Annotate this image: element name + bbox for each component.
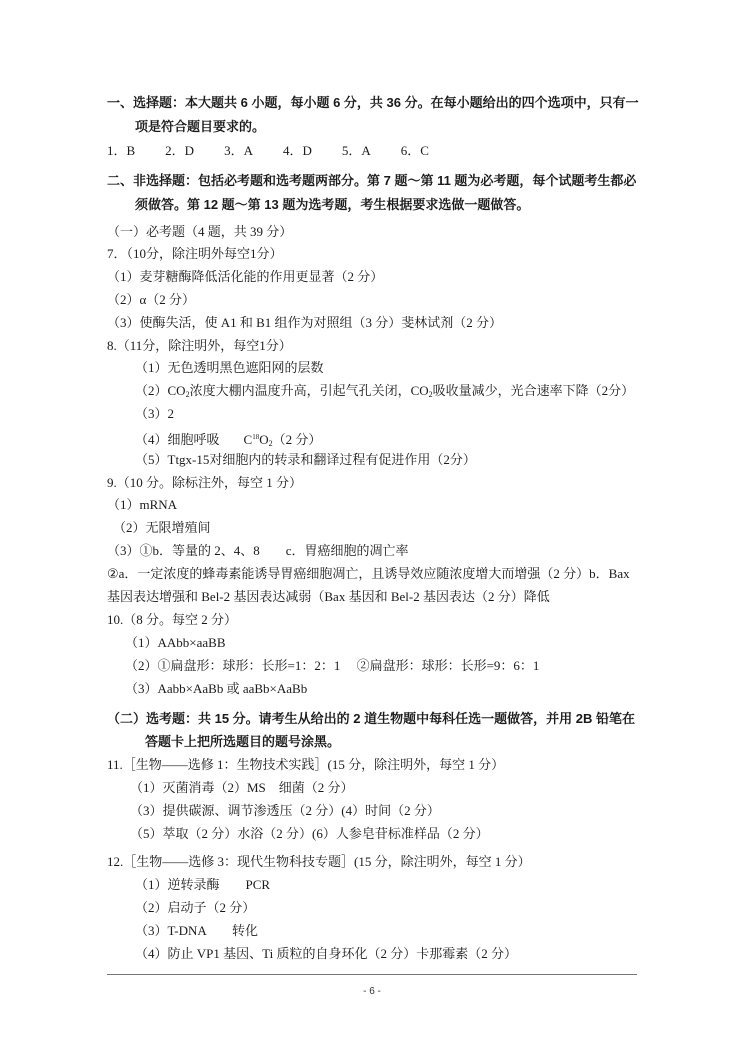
- q8-item-2: （2）CO2浓度大棚内温度升高，引起气孔关闭，CO2吸收量减少，光合速率下降（2…: [135, 382, 634, 404]
- q10-header: 10.（8 分。每空 2 分）: [107, 611, 237, 629]
- choice-answers: 1．B2．D3．A4．D5．A6．C: [107, 142, 459, 160]
- q8-header: 8.（11分，除注明外，每空1分）: [107, 337, 292, 355]
- q8-item-2-part: 浓度大棚内温度升高，引起气孔关闭，CO: [190, 383, 429, 398]
- answer-4: 4．D: [283, 142, 312, 160]
- page-number: - 6 -: [0, 986, 744, 997]
- section1-heading-line2: 项是符合题目要求的。: [135, 118, 265, 136]
- q12-item-1: （1）逆转录酶 PCR: [135, 876, 270, 894]
- q10-item-3: （3）Aabb×AaBb 或 aaBb×AaBb: [125, 680, 307, 698]
- q7-item-3: （3）使酶失活，使 A1 和 B1 组作为对照组（3 分）斐林试剂（2 分）: [107, 314, 502, 332]
- q11-item-3: （5）萃取（2 分）水浴（2 分）(6）人参皂苷标准样品（2 分）: [130, 825, 489, 843]
- q12-item-4: （4）防止 VP1 基因、Ti 质粒的自身环化（2 分）卡那霉素（2 分）: [135, 945, 517, 963]
- q7-header: 7．（10分，除注明外每空1分）: [107, 245, 283, 263]
- required-section-title: （一）必考题（4 题，共 39 分）: [107, 223, 292, 241]
- q10-item-2: （2）①扁盘形：球形：长形=1：2：1 ②扁盘形：球形：长形=9：6：1: [125, 657, 539, 675]
- q8-item-2-part: （2）CO: [135, 383, 186, 398]
- q8-item-3: （3）2: [135, 405, 174, 423]
- q8-item-4-part: （4）细胞呼吸: [135, 432, 220, 447]
- elective-section-title-line2: 答题卡上把所选题目的题号涂黑。: [145, 733, 340, 751]
- section2-heading-line2: 须做答。第 12 题～第 13 题为选考题，考生根据要求选做一题做答。: [135, 196, 529, 214]
- q7-item-2: （2）α（2 分）: [107, 291, 195, 309]
- q8-item-4-part: （2 分）: [273, 432, 322, 447]
- q8-item-4-part: C: [244, 432, 253, 447]
- q9-item-1: （1）mRNA: [107, 496, 177, 514]
- answer-1: 1．B: [107, 142, 135, 160]
- q11-header: 11.［生物——选修 1：生物技术实践］(15 分，除注明外，每空 1 分）: [107, 756, 504, 774]
- q9-item-2: （2）无限增殖间: [113, 519, 211, 537]
- section1-heading-line1: 一、选择题：本大题共 6 小题，每小题 6 分，共 36 分。在每小题给出的四个…: [107, 94, 639, 112]
- elective-section-title-line1: （二）选考题：共 15 分。请考生从给出的 2 道生物题中每科任选一题做答，并用…: [107, 710, 635, 728]
- q12-item-3: （3）T-DNA 转化: [135, 922, 258, 940]
- q8-item-1: （1）无色透明黑色遮阳网的层数: [135, 359, 324, 377]
- q9-item-4: ②a．一定浓度的蜂毒素能诱导胃癌细胞凋亡，且诱导效应随浓度增大而增强（2 分）b…: [107, 565, 630, 583]
- q9-item-3: （3）①b．等量的 2、4、8 c．胃癌细胞的凋亡率: [107, 542, 409, 560]
- q8-item-4-part: O: [259, 432, 268, 447]
- q9-item-5: 基因表达增强和 Bel-2 基因表达减弱（Bax 基因和 Bel-2 基因表达（…: [107, 588, 550, 606]
- q12-item-2: （2）启动子（2 分）: [135, 899, 255, 917]
- q7-item-1: （1）麦芽糖酶降低活化能的作用更显著（2 分）: [107, 268, 383, 286]
- q11-item-1: （1）灭菌消毒（2）MS 细菌（2 分）: [130, 779, 354, 797]
- section2-heading-line1: 二、非选择题：包括必考题和选考题两部分。第 7 题～第 11 题为必考题，每个试…: [107, 172, 636, 190]
- q8-item-4: （4）细胞呼吸C18O2（2 分）: [135, 428, 321, 453]
- q8-item-5: （5）Ttgx-15对细胞内的转录和翻译过程有促进作用（2分）: [135, 451, 476, 469]
- answer-6: 6．C: [401, 142, 429, 160]
- q10-item-1: （1）AAbb×aaBB: [125, 634, 226, 652]
- answer-3: 3．A: [224, 142, 253, 160]
- q8-item-2-part: 吸收量减少，光合速率下降（2分）: [433, 383, 635, 398]
- footer-divider: [107, 974, 637, 975]
- q12-header: 12.［生物——选修 3：现代生物科技专题］(15 分，除注明外，每空 1 分）: [107, 853, 531, 871]
- q9-header: 9.（10 分。除标注外，每空 1 分）: [107, 474, 302, 492]
- answer-2: 2．D: [165, 142, 194, 160]
- answer-5: 5．A: [342, 142, 371, 160]
- q11-item-2: （3）提供碳源、调节渗透压（2 分）(4）时间（2 分）: [130, 802, 440, 820]
